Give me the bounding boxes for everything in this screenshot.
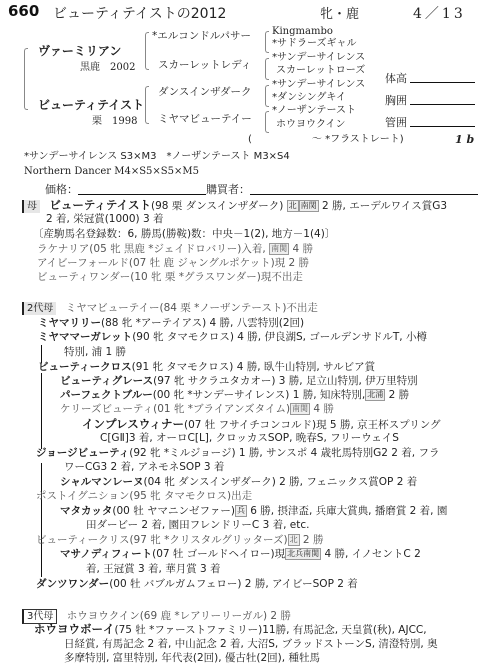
gen2-dam-dam: ミヤマビューテイー — [158, 111, 252, 126]
pedigree-bracket-gen1 — [24, 48, 28, 110]
second-dam-name: ミヤマビューテイー — [66, 302, 160, 314]
gen3-2: *サドラーズギャル — [272, 38, 357, 50]
bracket-g3-1 — [265, 31, 269, 53]
gen3-5: *サンデーサイレンス — [272, 79, 365, 91]
tree-line — [41, 463, 42, 577]
second-dam-entry: マサノディフィート(07 牡 ゴールドヘイロー)現北兵南関 4 勝, イノセント… — [60, 548, 421, 561]
sex-color: 牝・鹿 — [320, 3, 359, 22]
gen3-8: ホウヨウクイン — [276, 119, 346, 131]
second-dam-label: 2代母 — [22, 302, 56, 315]
second-dam-entry: ケリーズビューティ(01 牝 *ブライアンズタイム)南関 4 勝 — [60, 403, 334, 416]
second-dam-entry: ビューティークロス(91 牝 タマモクロス) 4 勝, 臥牛山特別, サルビア賞 — [38, 361, 375, 374]
dam-section-detail: (98 栗 ダンスインザダーク) — [151, 200, 283, 212]
price-field[interactable] — [78, 194, 206, 195]
offspring-row: ラケナリア(05 牝 黒鹿 *ジェイドロバリー)入着, 南関 4 勝 — [37, 243, 313, 256]
cannon-label: 管囲 — [385, 114, 407, 130]
offspring-row: アイビーフォールド(07 牡 鹿 ジャングルポケット)現 2 勝 — [37, 257, 309, 270]
bracket-g3-4 — [265, 111, 269, 133]
third-dam-name: ホウヨウクイン — [67, 610, 140, 622]
gen3-3: *サンデーサイレンス — [272, 52, 365, 64]
second-dam-entry: マタカッタ(00 牡 ヤマニンゼファー)兵 6 勝, 摂津盃, 兵庫大賞典, 播… — [60, 505, 447, 518]
gen2-sire-sire: *エルコンドルパサー — [152, 28, 251, 43]
tail-female-note: ( ～ *フラストレート) — [248, 134, 404, 146]
chest-label: 胸囲 — [385, 92, 407, 108]
second-dam-entry-cont: ワーCG3 2 着, アネモネSOP 3 着 — [64, 461, 224, 474]
second-dam-entry: シャルマンレーヌ(04 牝 ダンスインザダーク) 2 勝, フェニックス賞OP … — [60, 476, 417, 489]
sire-name: ヴァーミリアン — [38, 42, 121, 59]
inbreeding-line-1: *サンデーサイレンス S3×M3 *ノーザンテースト M3×S4 — [24, 150, 290, 163]
dam-offspring-summary: 〔産駒馬名登録数：6, 勝馬(勝鞍)数：中央－1(2), 地方－1(4)〕 — [33, 228, 335, 241]
bracket-g3-3 — [265, 85, 269, 107]
second-dam-entry: ビューティグレース(97 牝 サクラユタカオー) 3 勝, 足立山特別, 伊万里… — [60, 375, 418, 388]
second-dam-entry: ミヤマリリー(88 牝 *アーテイアス) 4 勝, 八雲特別(2回) — [38, 317, 304, 330]
tree-line — [41, 373, 42, 449]
pedigree-bracket-dam — [145, 86, 149, 124]
dam-section-name: ビューティテイスト — [49, 198, 151, 212]
chest-field[interactable] — [410, 104, 475, 105]
offspring-row: ビューティワンダー(10 牝 栗 *グラスワンダー)現不出走 — [37, 271, 303, 284]
gen3-1: Kingmambo — [272, 26, 333, 38]
buyer-label: 購買者： — [206, 181, 250, 197]
third-dam-entry-cont: 日経賞, 有馬記念 2 着, 中山記念 2 着, 大沼S, ブラッドストーンS,… — [64, 638, 438, 651]
second-dam-entry: ビューティークリス(97 牝 *クリスタルグリッターズ)北 2 勝 — [36, 534, 323, 547]
second-dam-entry: ポストイグニション(95 牝 タマモクロス)出走 — [36, 490, 252, 503]
dam-color-year: 栗 1998 — [92, 112, 137, 127]
sire-color-year: 黒鹿 2002 — [80, 58, 135, 73]
gen2-dam-sire: ダンスインザダーク — [158, 84, 252, 99]
family-number: 1 b — [455, 133, 474, 146]
price-label: 価格： — [45, 181, 78, 197]
second-dam-entry: パーフェクトブルー(00 牝 *サンデーサイレンス) 1 勝, 知床特別,北浦 … — [60, 389, 409, 402]
second-dam-entry: ダンツワンダー(00 牡 バブルガムフェロー) 2 勝, アイビーSOP 2 着 — [36, 578, 358, 591]
second-dam-entry-cont: C[GⅡ]3 着, オーロC[L], クロッカスSOP, 晩春S, フリーウェイ… — [100, 432, 399, 445]
dam-section-header: 母 ビューティテイスト(98 栗 ダンスインザダーク) 北南関 2 勝, エーデ… — [22, 199, 447, 213]
gen3-7: *ノーザンテースト — [272, 105, 356, 117]
bracket-g3-2 — [265, 58, 269, 80]
second-dam-entry: インプレスウィナー(07 牡 フサイチコンコルド)現 5 勝, 京王杯スプリング — [82, 418, 441, 432]
second-dam-entry: ジョージビューティ(92 牝 *ミルジョージ) 1 勝, サンスポ 4 歳牝馬特… — [36, 447, 439, 460]
dam-label: 母 — [22, 200, 40, 213]
pedigree-bracket-sire — [145, 32, 149, 70]
horse-title: ビューティテイストの2012 — [53, 3, 226, 23]
second-dam-entry-cont: 田ダービー 2 着, 園田フレンドリーC 3 着, etc. — [86, 519, 309, 532]
third-dam-entry-cont: 多摩特別, 富里特別, 年代表(2回), 優古牡(2回), 種牡馬 — [64, 652, 320, 665]
dam-section-record-cont: 2 着, 栄冠賞(1000) 3 着 — [46, 213, 163, 226]
height-label: 体高 — [385, 70, 407, 86]
third-dam-entry: ホウヨウボーイ(75 牡 *ファーストファミリー)11勝, 有馬記念, 天皇賞(… — [34, 623, 427, 637]
inbreeding-line-2: Northern Dancer M4×S5×S5×M5 — [24, 165, 199, 178]
region-chip: 北 — [287, 200, 299, 212]
second-dam-entry-cont: 特別, 浦 1 勝 — [64, 346, 126, 359]
second-dam-header: 2代母 ミヤマビューテイー(84 栗 *ノーザンテースト)不出走 — [22, 302, 318, 315]
gen3-4: スカーレットローズ — [276, 65, 365, 77]
second-dam-entry: ミヤママーガレット(90 牝 タマモクロス) 4 勝, 伊良湖S, ゴールデンサ… — [38, 331, 427, 344]
cannon-field[interactable] — [410, 126, 475, 127]
gen2-sire-dam: スカーレットレディ — [158, 57, 251, 72]
gen3-6: *ダンシングキイ — [272, 92, 346, 104]
dam-section-record: 2 勝, エーデルワイス賞G3 — [322, 200, 447, 212]
height-field[interactable] — [410, 82, 475, 83]
region-chip: 南関 — [299, 200, 319, 212]
dam-name: ビューティテイスト — [38, 96, 144, 113]
second-dam-entry-cont: 着, 王冠賞 3 着, 華月賞 3 着 — [86, 563, 221, 576]
buyer-field[interactable] — [250, 194, 478, 195]
lot-number: 660 — [8, 2, 39, 20]
birth-date: 4／13 — [413, 3, 466, 23]
